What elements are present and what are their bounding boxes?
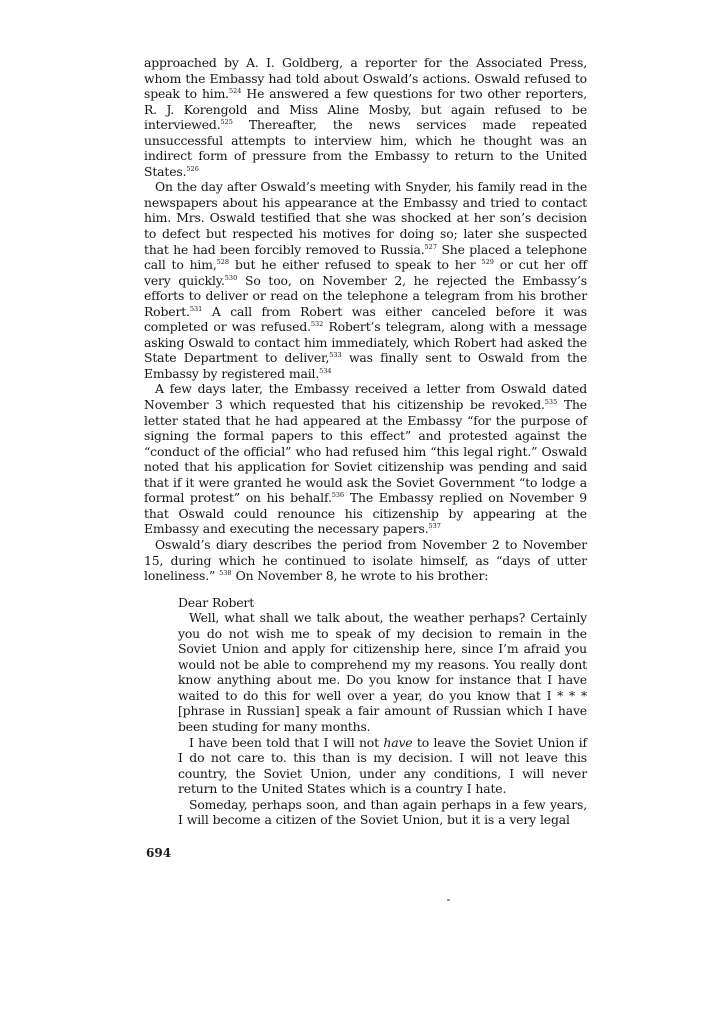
letter-salutation: Dear Robert — [178, 595, 587, 611]
footnote-ref: 524 — [229, 87, 241, 95]
footnote-ref: 537 — [429, 522, 441, 530]
document-page: approached by A. I. Goldberg, a reporter… — [0, 0, 714, 1010]
footnote-ref: 538 — [219, 569, 231, 577]
footnote-ref: 526 — [186, 165, 198, 173]
footnote-ref: 529 — [481, 258, 493, 266]
footnote-ref: 528 — [217, 258, 229, 266]
quoted-letter: Dear Robert Well, what shall we talk abo… — [178, 595, 587, 828]
paragraph: approached by A. I. Goldberg, a reporter… — [144, 55, 587, 179]
footnote-ref: 533 — [329, 351, 341, 359]
footnote-ref: 532 — [311, 320, 323, 328]
letter-paragraph: Well, what shall we talk about, the weat… — [178, 610, 587, 734]
footnote-ref: 535 — [545, 398, 557, 406]
footnote-ref: 527 — [425, 243, 437, 251]
emphasis: have — [383, 735, 412, 750]
letter-paragraph: I have been told that I will not have to… — [178, 735, 587, 797]
footnote-ref: 530 — [225, 274, 237, 282]
footnote-ref: 531 — [190, 305, 202, 313]
footnote-ref: 525 — [220, 118, 232, 126]
scan-artifact — [447, 899, 450, 901]
footnote-ref: 534 — [319, 367, 331, 375]
letter-paragraph: Someday, perhaps soon, and than again pe… — [178, 797, 587, 828]
paragraph: A few days later, the Embassy received a… — [144, 381, 587, 536]
paragraph: Oswald’s diary describes the period from… — [144, 537, 587, 584]
page-number: 694 — [146, 846, 171, 860]
footnote-ref: 536 — [332, 491, 344, 499]
body-text: approached by A. I. Goldberg, a reporter… — [144, 55, 587, 828]
paragraph: On the day after Oswald’s meeting with S… — [144, 179, 587, 381]
